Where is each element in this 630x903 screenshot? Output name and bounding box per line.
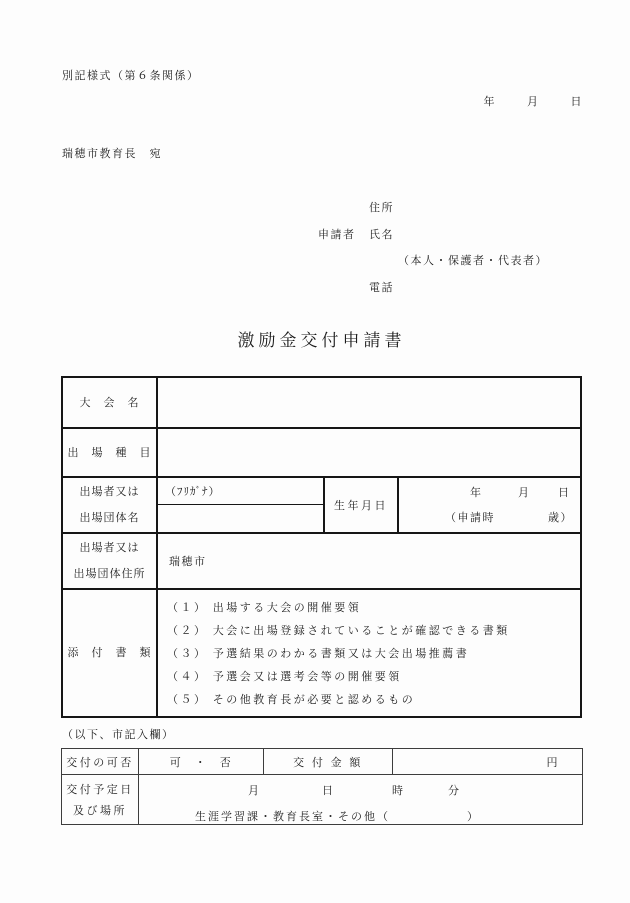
- header-date-year: 年: [484, 93, 497, 109]
- participant-name-label-line1: 出場者又は: [80, 479, 140, 505]
- attachment-item: （５） その他教育長が必要と認めるもの: [167, 691, 580, 707]
- age-note-prefix: （申請時: [445, 509, 495, 525]
- applicant-label: 申請者: [318, 226, 356, 242]
- event-value: [158, 429, 580, 476]
- attachments-list: （１） 出場する大会の開催要領 （２） 大会に出場登録されていることが確認できる…: [158, 590, 580, 716]
- attachments-row: 添 付 書 類 （１） 出場する大会の開催要領 （２） 大会に出場登録されている…: [63, 590, 580, 716]
- participant-name-row: 出場者又は 出場団体名 （ﾌﾘｶﾞﾅ） 生年月日 年 月 日 （申請時 歳）: [63, 478, 580, 534]
- applicant-phone-label: 電話: [369, 279, 394, 295]
- participant-name-label-line2: 出場団体名: [80, 505, 140, 531]
- schedule-month: 月: [248, 782, 261, 798]
- participant-address-label-line2: 出場団体住所: [74, 561, 146, 587]
- schedule-row: 交付予定日 及び場所 月 日 時 分 生涯学習課・教育長室・その他（ ）: [62, 775, 582, 824]
- furigana-label: （ﾌﾘｶﾞﾅ）: [158, 478, 323, 505]
- participant-name-value: [158, 505, 323, 532]
- attachment-item: （１） 出場する大会の開催要領: [167, 599, 580, 615]
- tournament-name-value: [158, 378, 580, 427]
- participant-address-label: 出場者又は 出場団体住所: [63, 534, 158, 588]
- applicant-name-note: （本人・保護者・代表者）: [398, 252, 548, 268]
- participant-name-cell: （ﾌﾘｶﾞﾅ）: [158, 478, 325, 532]
- schedule-label-line1: 交付予定日: [66, 781, 134, 797]
- schedule-day: 日: [322, 782, 335, 798]
- birthdate-day: 日: [558, 484, 571, 500]
- addressee-line: 瑞穂市教育長 宛: [62, 145, 162, 161]
- participant-name-label: 出場者又は 出場団体名: [63, 478, 158, 532]
- attachment-item: （３） 予選結果のわかる書類又は大会出場推薦書: [167, 645, 580, 661]
- tournament-name-row: 大 会 名: [63, 378, 580, 429]
- schedule-minute: 分: [448, 782, 461, 798]
- header-date-line: 年 月 日: [484, 93, 584, 109]
- participant-address-row: 出場者又は 出場団体住所 瑞穂市: [63, 534, 580, 590]
- birthdate-month: 月: [518, 484, 531, 500]
- schedule-hour: 時: [392, 782, 405, 798]
- header-date-day: 日: [571, 93, 584, 109]
- amount-label: 交 付 金 額: [264, 749, 393, 774]
- age-note-suffix: 歳）: [548, 509, 573, 525]
- approval-options: 可 ・ 否: [139, 749, 264, 774]
- page-title: 激励金交付申請書: [61, 326, 582, 351]
- birthdate-year: 年: [470, 484, 483, 500]
- birthdate-label: 生年月日: [325, 478, 399, 532]
- approval-row: 交付の可否 可 ・ 否 交 付 金 額 円: [62, 749, 582, 775]
- form-style-note: 別記様式（第６条関係）: [62, 67, 200, 83]
- attachment-item: （２） 大会に出場登録されていることが確認できる書類: [167, 622, 580, 638]
- city-entry-table: 交付の可否 可 ・ 否 交 付 金 額 円 交付予定日 及び場所 月 日 時 分…: [61, 748, 583, 825]
- applicant-name-label: 氏名: [369, 226, 394, 242]
- application-table: 大 会 名 出 場 種 目 出場者又は 出場団体名 （ﾌﾘｶﾞﾅ） 生年月日 年…: [61, 376, 582, 718]
- approval-label: 交付の可否: [62, 749, 139, 774]
- event-row: 出 場 種 目: [63, 429, 580, 478]
- participant-address-label-line1: 出場者又は: [80, 535, 140, 561]
- amount-value-cell: 円: [393, 749, 582, 774]
- schedule-place-close: ）: [467, 808, 480, 824]
- participant-address-value: 瑞穂市: [158, 534, 580, 588]
- schedule-label-line2: 及び場所: [73, 802, 127, 818]
- schedule-label: 交付予定日 及び場所: [62, 775, 139, 824]
- document-page: 別記様式（第６条関係） 年 月 日 瑞穂市教育長 宛 住所 申請者 氏名 （本人…: [0, 0, 630, 903]
- attachment-item: （４） 予選会又は選考会等の開催要領: [167, 668, 580, 684]
- applicant-address-label: 住所: [369, 199, 394, 215]
- schedule-place: 生涯学習課・教育長室・その他（: [195, 808, 390, 824]
- birthdate-value-cell: 年 月 日 （申請時 歳）: [399, 478, 580, 532]
- amount-unit: 円: [547, 754, 560, 770]
- schedule-value-cell: 月 日 時 分 生涯学習課・教育長室・その他（ ）: [139, 775, 582, 824]
- header-date-month: 月: [527, 93, 540, 109]
- city-entry-note: （以下、市記入欄）: [62, 726, 175, 742]
- tournament-name-label: 大 会 名: [63, 378, 158, 427]
- event-label: 出 場 種 目: [63, 429, 158, 476]
- attachments-label: 添 付 書 類: [63, 590, 158, 716]
